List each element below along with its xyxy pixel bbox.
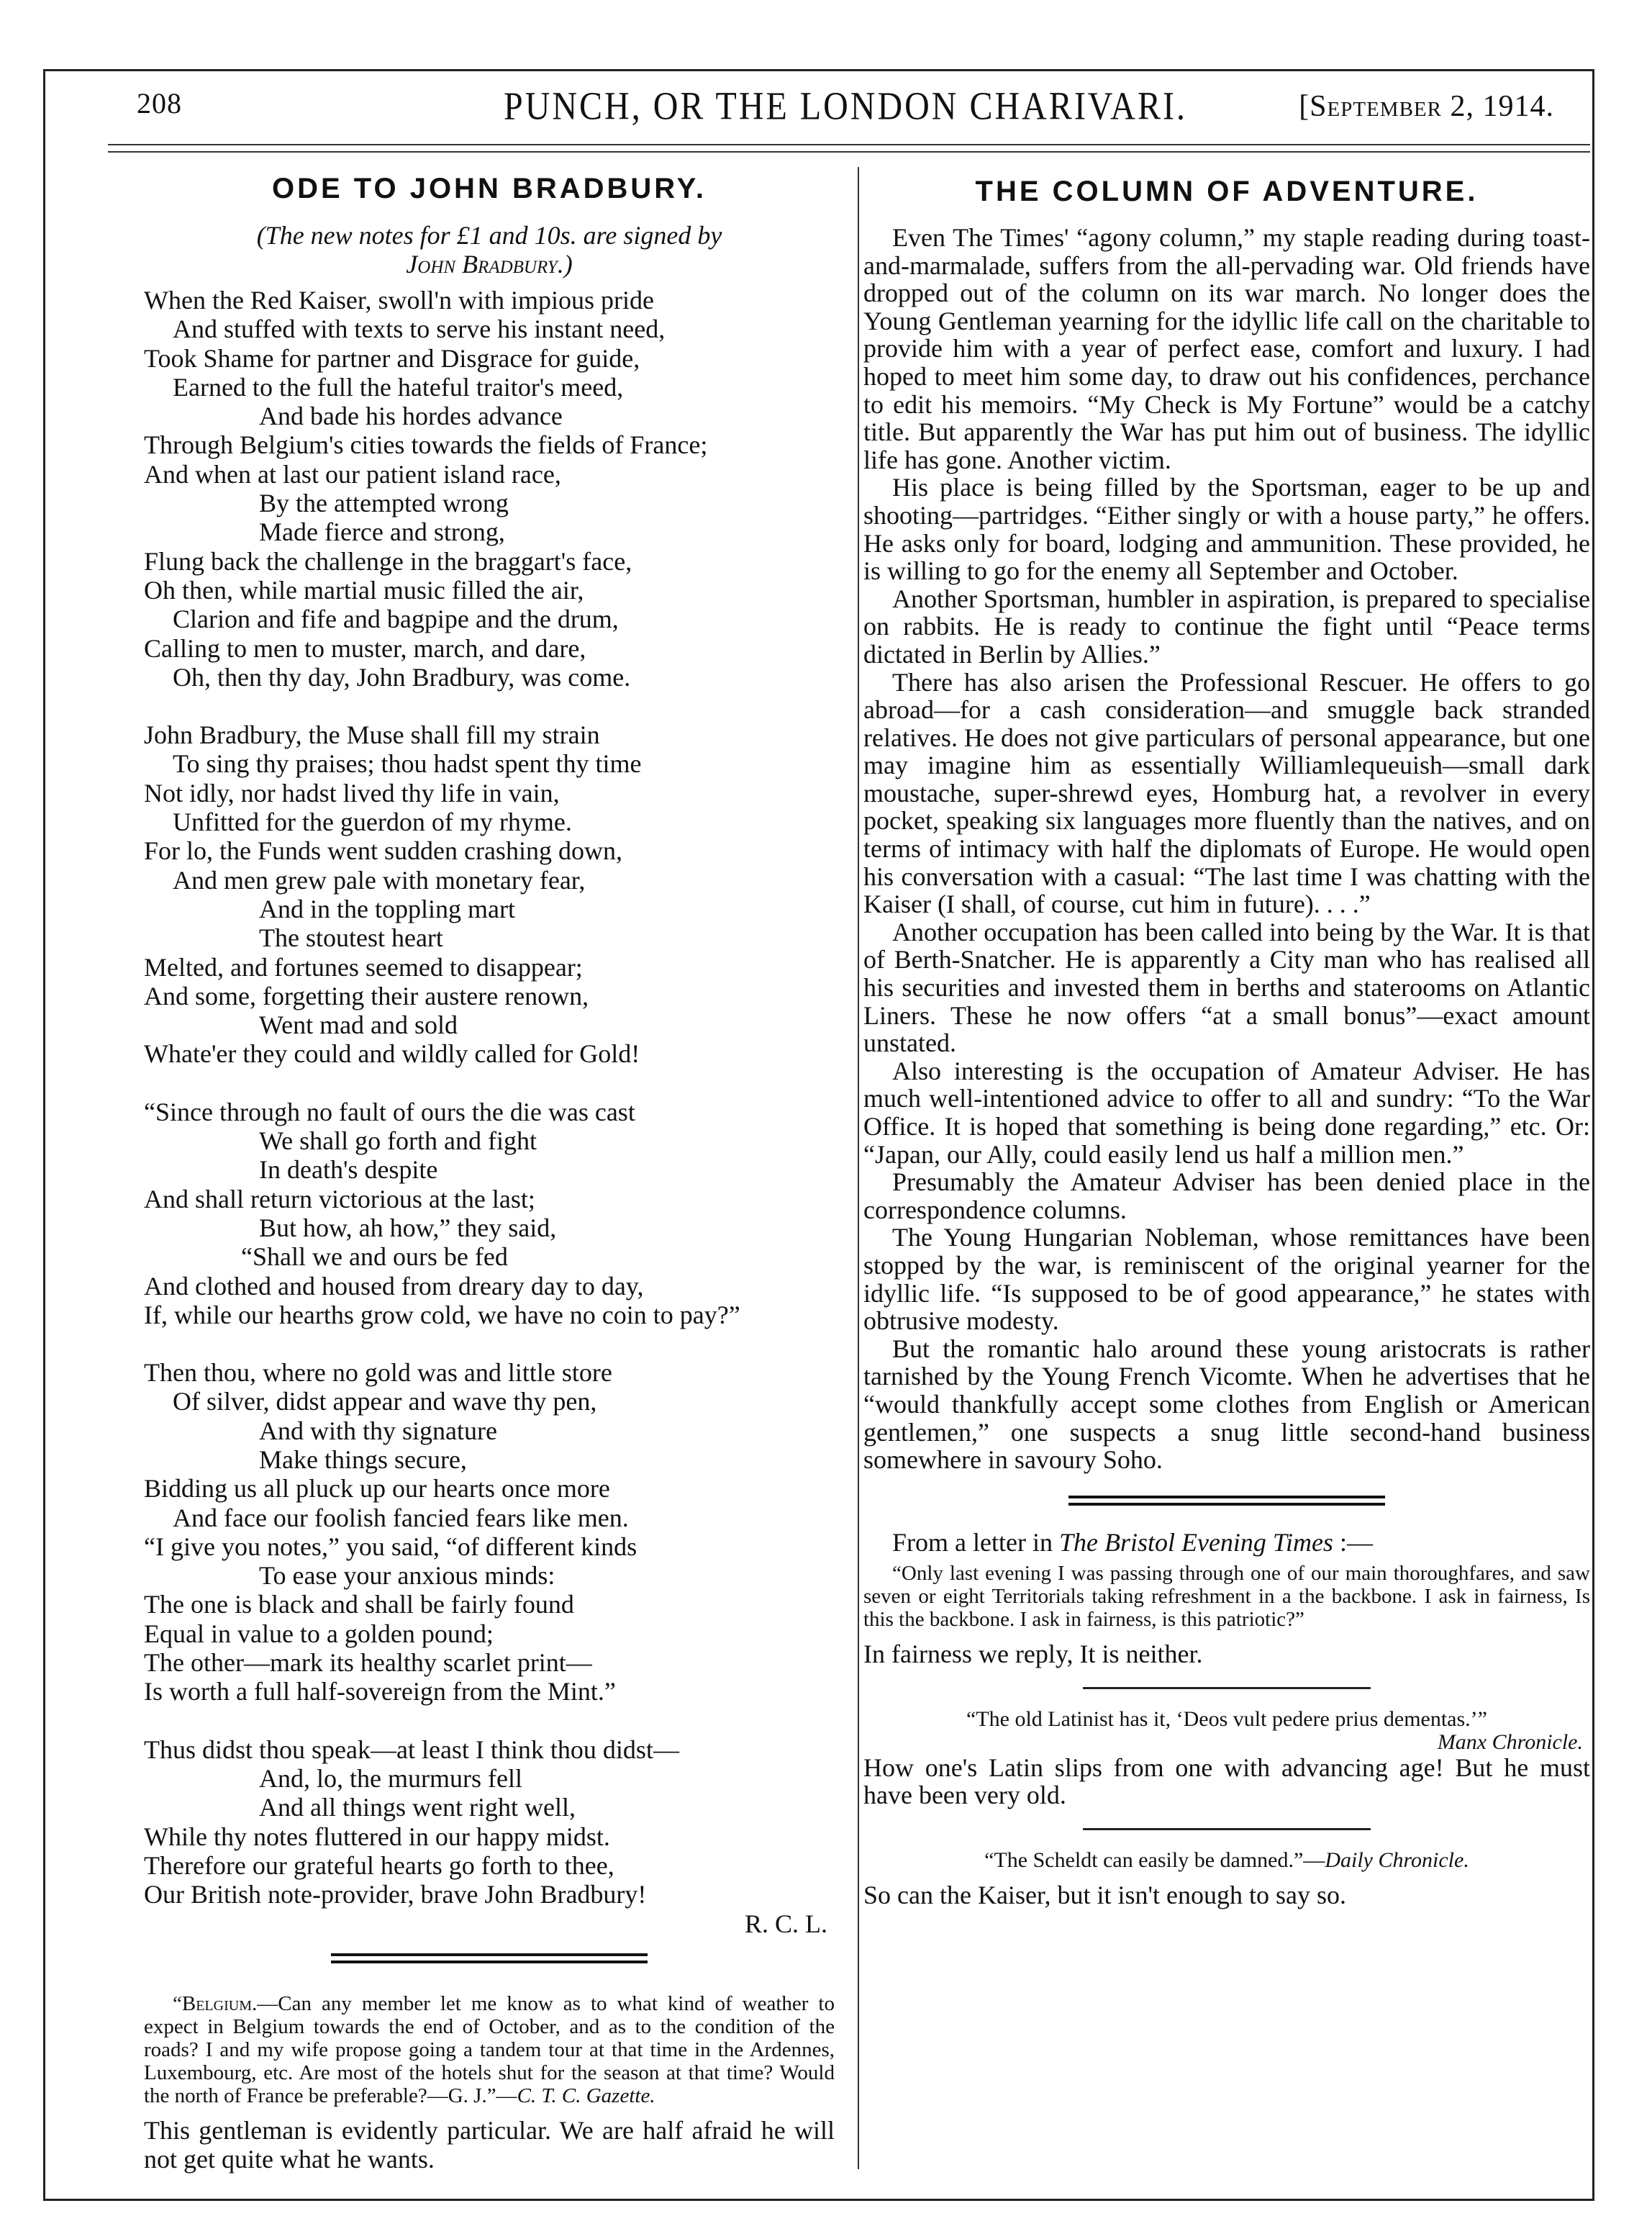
poem-line: Went mad and sold [144,1010,835,1039]
scheldt-quote: “The Scheldt can easily be damned.”—Dail… [863,1849,1590,1872]
bristol-intro-suffix: :— [1340,1528,1373,1557]
poem-line: Our British note-provider, brave John Br… [144,1880,835,1909]
poem-line: Thus didst thou speak—at least I think t… [144,1735,835,1764]
poem-line: To sing thy praises; thou hadst spent th… [144,749,835,778]
poem-line: And all things went right well, [144,1793,835,1822]
ode-subtitle-name: John Bradbury.) [144,250,835,279]
bristol-intro-prefix: From a letter in [892,1528,1053,1557]
poem-line: Equal in value to a golden pound; [144,1619,835,1648]
bristol-intro: From a letter in The Bristol Evening Tim… [863,1527,1590,1557]
poem-line: Earned to the full the hateful traitor's… [144,373,835,402]
ode-poem: When the Red Kaiser, swoll'n with impiou… [144,286,835,1909]
poem-line: “Shall we and ours be fed [144,1242,835,1271]
poem-line: Oh, then thy day, John Bradbury, was com… [144,663,835,692]
poem-line: And, lo, the murmurs fell [144,1764,835,1793]
poem-line: And in the toppling mart [144,895,835,923]
page-border-top [43,69,1592,71]
poem-line: The one is black and shall be fairly fou… [144,1590,835,1619]
poem-line: Through Belgium's cities towards the fie… [144,430,835,459]
poem-line: Is worth a full half-sovereign from the … [144,1677,835,1706]
scheldt-source: Daily Chronicle. [1325,1848,1469,1872]
article-paragraph: Presumably the Amateur Adviser has been … [863,1168,1590,1224]
left-column: ODE TO JOHN BRADBURY. (The new notes for… [144,173,835,2174]
poem-stanza: John Bradbury, the Muse shall fill my st… [144,720,835,1069]
poem-line: And some, forgetting their austere renow… [144,982,835,1010]
poem-line: Of silver, didst appear and wave thy pen… [144,1387,835,1416]
article-paragraph: The Young Hungarian Nobleman, whose remi… [863,1224,1590,1334]
scheldt-reply: So can the Kaiser, but it isn't enough t… [863,1881,1590,1909]
poem-line: We shall go forth and fight [144,1126,835,1155]
poem-line: Then thou, where no gold was and little … [144,1358,835,1387]
belgium-reply: This gentleman is evidently particular. … [144,2116,835,2174]
article-paragraph: Another occupation has been called into … [863,918,1590,1057]
poem-line: Unfitted for the guerdon of my rhyme. [144,808,835,836]
poem-stanza: Thus didst thou speak—at least I think t… [144,1735,835,1909]
poem-stanza: Then thou, where no gold was and little … [144,1358,835,1706]
ode-title: ODE TO JOHN BRADBURY. [144,173,835,205]
latin-source: Manx Chronicle. [863,1731,1590,1754]
adventure-article: Even The Times' “agony column,” my stapl… [863,224,1590,1474]
right-column: THE COLUMN OF ADVENTURE. Even The Times'… [863,173,1590,1909]
poem-line: And shall return victorious at the last; [144,1185,835,1213]
article-paragraph: Also interesting is the occupation of Am… [863,1057,1590,1168]
poem-line: And men grew pale with monetary fear, [144,866,835,895]
poem-line: And bade his hordes advance [144,402,835,430]
poem-line: Therefore our grateful hearts go forth t… [144,1851,835,1880]
poem-line: And stuffed with texts to serve his inst… [144,315,835,343]
poem-line: But how, ah how,” they said, [144,1213,835,1242]
bristol-quote: “Only last evening I was passing through… [863,1562,1590,1631]
article-paragraph: There has also arisen the Professional R… [863,669,1590,918]
poem-line: Oh then, while martial music filled the … [144,576,835,605]
poem-line: Flung back the challenge in the braggart… [144,547,835,576]
article-paragraph: Even The Times' “agony column,” my stapl… [863,224,1590,474]
poem-stanza: When the Red Kaiser, swoll'n with impiou… [144,286,835,692]
poem-line: Took Shame for partner and Disgrace for … [144,344,835,373]
poem-line: Clarion and fife and bagpipe and the dru… [144,605,835,633]
poem-line: “I give you notes,” you said, “of differ… [144,1532,835,1561]
adventure-title: THE COLUMN OF ADVENTURE. [863,176,1590,208]
ode-subtitle: (The new notes for £1 and 10s. are signe… [144,221,835,279]
page-border-bottom [43,2199,1592,2201]
poem-line: To ease your anxious minds: [144,1561,835,1590]
publication-title: PUNCH, OR THE LONDON CHARIVARI. [504,83,1187,129]
poem-line: Whate'er they could and wildly called fo… [144,1039,835,1068]
poem-line: By the attempted wrong [144,489,835,517]
poem-line: Made fierce and strong, [144,517,835,546]
masthead-rule [108,151,1590,153]
ode-signature: R. C. L. [144,1909,835,1939]
issue-date: [September 2, 1914. [1299,89,1554,124]
bristol-reply: In fairness we reply, It is neither. [863,1640,1590,1668]
poem-line: And with thy signature [144,1416,835,1445]
latin-reply: How one's Latin slips from one with adva… [863,1754,1590,1809]
poem-line: And clothed and housed from dreary day t… [144,1272,835,1301]
poem-line: Bidding us all pluck up our hearts once … [144,1474,835,1503]
section-divider [331,1953,648,1963]
belgium-quote-source: C. T. C. Gazette. [517,2084,655,2107]
poem-line: Calling to men to muster, march, and dar… [144,634,835,663]
poem-line: Melted, and fortunes seemed to disappear… [144,953,835,982]
section-divider [1083,1687,1371,1689]
belgium-quote: “Belgium.—Can any member let me know as … [144,1992,835,2107]
article-paragraph: Another Sportsman, humbler in aspiration… [863,585,1590,669]
poem-line: In death's despite [144,1155,835,1184]
poem-line: Make things secure, [144,1445,835,1474]
poem-line: When the Red Kaiser, swoll'n with impiou… [144,286,835,315]
poem-line: And when at last our patient island race… [144,460,835,489]
poem-line: For lo, the Funds went sudden crashing d… [144,836,835,865]
poem-line: And face our foolish fancied fears like … [144,1503,835,1532]
poem-line: The stoutest heart [144,923,835,952]
poem-line: While thy notes fluttered in our happy m… [144,1822,835,1851]
poem-line: The other—mark its healthy scarlet print… [144,1648,835,1677]
bristol-intro-source: The Bristol Evening Times [1059,1528,1333,1557]
section-divider [1068,1496,1385,1506]
masthead-rule [108,144,1590,145]
section-divider [1083,1828,1371,1830]
ode-subtitle-text: (The new notes for £1 and 10s. are signe… [144,221,835,250]
masthead: 208 PUNCH, OR THE LONDON CHARIVARI. [Sep… [108,86,1597,130]
article-paragraph: But the romantic halo around these young… [863,1335,1590,1474]
belgium-quote-lead: “Belgium. [173,1992,257,2015]
poem-line: “Since through no fault of ours the die … [144,1098,835,1126]
poem-stanza: “Since through no fault of ours the die … [144,1098,835,1329]
article-paragraph: His place is being filled by the Sportsm… [863,474,1590,584]
latin-quote: “The old Latinist has it, ‘Deos vult ped… [863,1708,1590,1731]
column-divider [858,167,859,2169]
poem-line: Not idly, nor hadst lived thy life in va… [144,779,835,808]
page-number: 208 [137,86,182,120]
poem-line: John Bradbury, the Muse shall fill my st… [144,720,835,749]
poem-line: If, while our hearths grow cold, we have… [144,1301,835,1329]
scheldt-quote-text: “The Scheldt can easily be damned.”— [984,1848,1325,1872]
